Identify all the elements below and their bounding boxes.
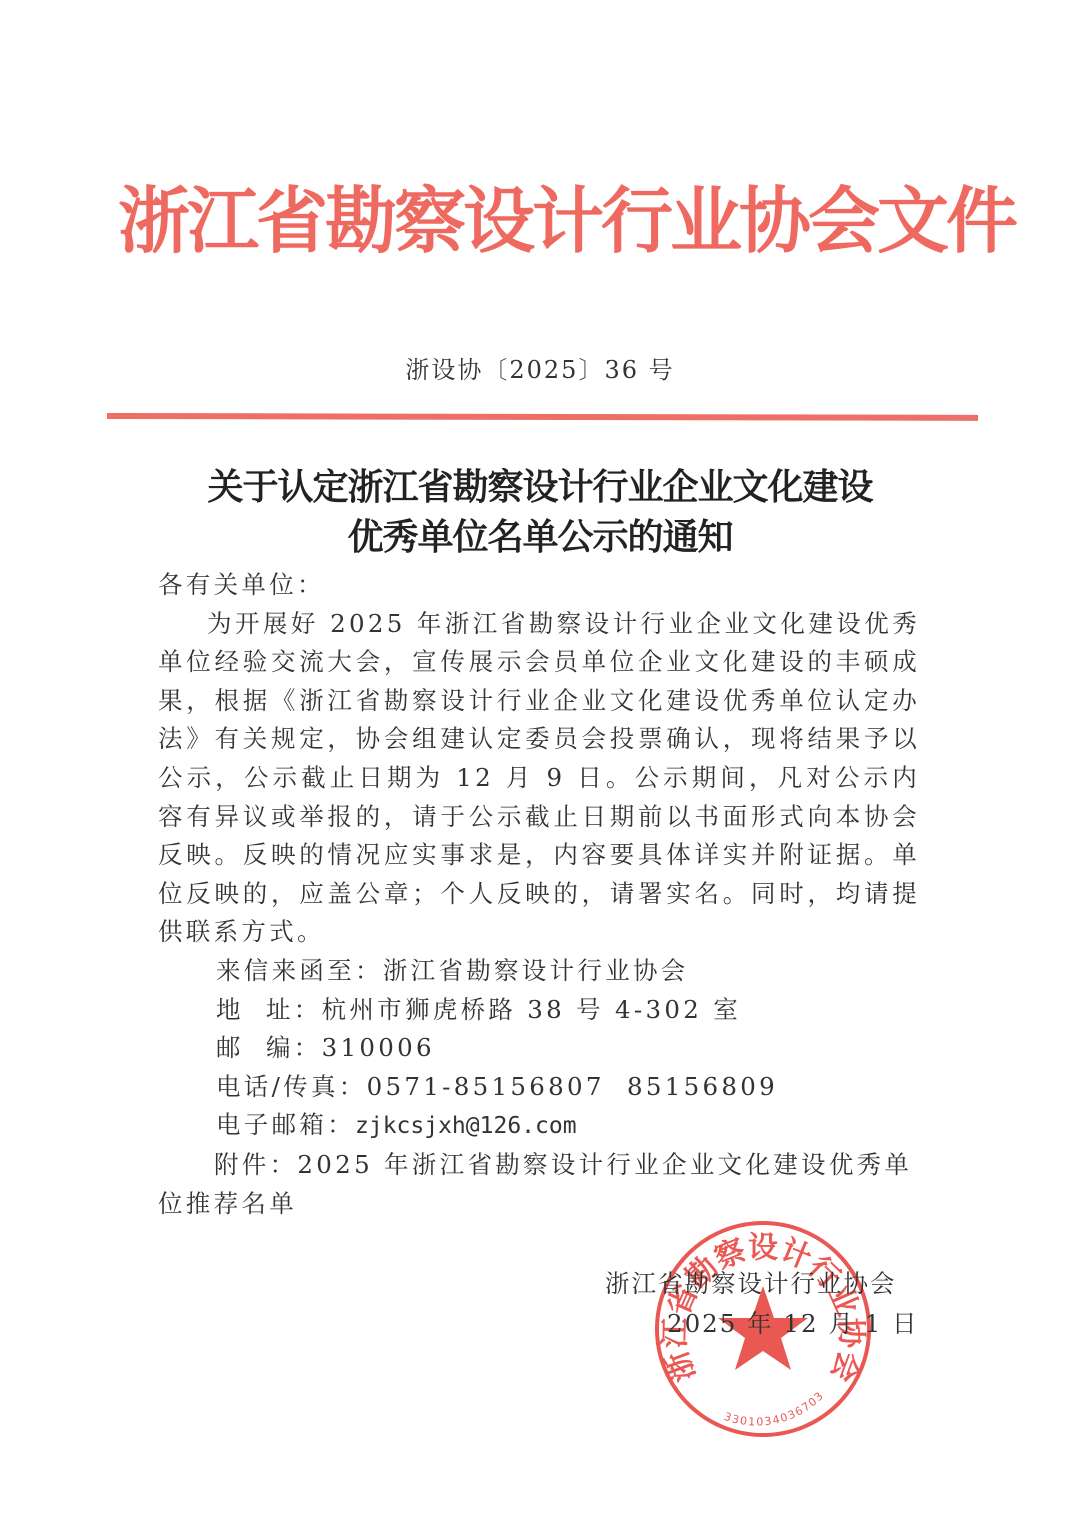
contact-phone: 电话/传真：0571-85156807 85156809: [158, 1068, 920, 1107]
recipient-label: 来信来函至：: [216, 956, 383, 985]
postcode-value: 310006: [322, 1033, 435, 1062]
signature-organization: 浙江省勘察设计行业协会: [605, 1264, 925, 1304]
address-label: 地 址：: [216, 995, 322, 1024]
recipient-value: 浙江省勘察设计行业协会: [383, 956, 689, 985]
contact-email: 电子邮箱：zjkcsjxh@126.com: [158, 1106, 920, 1146]
attachment-note: 附件：2025 年浙江省勘察设计行业企业文化建设优秀单位推荐名单: [158, 1146, 920, 1223]
contact-postcode: 邮 编：310006: [158, 1029, 920, 1068]
address-value: 杭州市狮虎桥路 38 号 4-302 室: [322, 995, 741, 1024]
red-divider-rule: [107, 413, 978, 421]
org-file-title: 浙江省勘察设计行业协会文件: [118, 176, 968, 266]
notice-title-line-1: 关于认定浙江省勘察设计行业企业文化建设: [150, 462, 930, 512]
signature-date: 2025 年 12 月 1 日: [605, 1304, 925, 1344]
notice-body: 各有关单位： 为开展好 2025 年浙江省勘察设计行业企业文化建设优秀单位经验交…: [158, 566, 920, 1223]
contact-address: 地 址：杭州市狮虎桥路 38 号 4-302 室: [158, 991, 920, 1030]
notice-title: 关于认定浙江省勘察设计行业企业文化建设 优秀单位名单公示的通知: [150, 462, 930, 562]
phone-value: 0571-85156807 85156809: [367, 1072, 779, 1101]
document-number: 浙设协〔2025〕36 号: [380, 350, 700, 390]
contact-recipient: 来信来函至：浙江省勘察设计行业协会: [158, 952, 920, 991]
email-value[interactable]: zjkcsjxh@126.com: [355, 1113, 577, 1139]
email-label: 电子邮箱：: [216, 1110, 355, 1139]
postcode-label: 邮 编：: [216, 1033, 322, 1062]
phone-label: 电话/传真：: [216, 1072, 367, 1101]
signature-block: 浙江省勘察设计行业协会 2025 年 12 月 1 日: [605, 1264, 925, 1344]
main-paragraph: 为开展好 2025 年浙江省勘察设计行业企业文化建设优秀单位经验交流大会，宣传展…: [158, 605, 920, 952]
notice-title-line-2: 优秀单位名单公示的通知: [150, 512, 930, 562]
salutation: 各有关单位：: [158, 566, 920, 605]
